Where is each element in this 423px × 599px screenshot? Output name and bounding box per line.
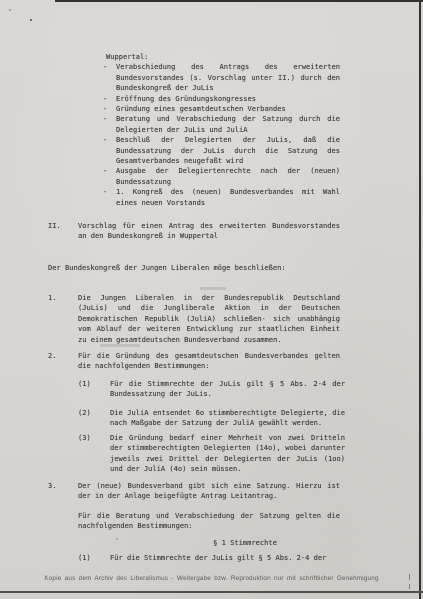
- numbered-item-2: 2. Für die Gründung des gesamtdeutschen …: [48, 351, 340, 372]
- scan-artifact: [409, 584, 410, 589]
- agenda-location: Wuppertal:: [106, 52, 340, 62]
- sub-item-1: (1) Für die Stimmrechte der JuLis gilt §…: [78, 379, 345, 400]
- agenda-item: - Eröffnung des Gründungskongresses: [103, 94, 340, 104]
- sub-item-text: Die JuliA entsendet 6o stimmberechtigte …: [110, 408, 345, 429]
- item-text: Für die Gründung des gesamtdeutschen Bun…: [78, 351, 340, 372]
- agenda-item-text: Beschluß der Delegierten der JuLis, daß …: [116, 135, 340, 166]
- agenda-item: - Beratung und Verabschiedung der Satzun…: [103, 114, 340, 135]
- scan-artifact: [30, 19, 32, 21]
- section-numeral: II.: [48, 221, 78, 231]
- agenda-item-text: 1. Kongreß des (neuen) Bundesverbandes m…: [116, 187, 340, 208]
- agenda-item-text: Gründung eines gesamtdeutschen Verbandes: [116, 104, 340, 114]
- bullet-dash: -: [103, 135, 107, 145]
- sub-item-3: (3) Die Gründung bedarf einer Mehrheit v…: [78, 433, 345, 475]
- scan-edge-top: [55, 0, 423, 2]
- sub-item-text: Die Gründung bedarf einer Mehrheit von z…: [110, 433, 345, 475]
- document-page: Wuppertal: - Verabschiedung des Antrags …: [0, 0, 423, 599]
- sub-item-text: Für die Stimmrechte der JuLis gilt § 5 A…: [110, 379, 345, 400]
- agenda-item: - 1. Kongreß des (neuen) Bundesverbandes…: [103, 187, 340, 208]
- item-text: Die Jungen Liberalen in der Bundesrepubl…: [78, 293, 340, 345]
- scan-edge-bottom: [0, 591, 423, 593]
- item-text: Der (neue) Bundesverband gibt sich eine …: [78, 481, 340, 502]
- item-number: 1.: [48, 293, 78, 303]
- bullet-dash: -: [103, 94, 107, 104]
- agenda-item-text: Eröffnung des Gründungskongresses: [116, 94, 340, 104]
- section-ii-heading: II. Vorschlag für einen Antrag des erwei…: [48, 221, 340, 242]
- agenda-block: Wuppertal: - Verabschiedung des Antrags …: [103, 52, 340, 208]
- scan-artifact-apostrophe: ': [115, 536, 119, 546]
- archive-footer: Kopie aus dem Archiv des Liberalismus - …: [0, 575, 423, 583]
- sub-item-number: (2): [78, 408, 108, 418]
- section-title: Vorschlag für einen Antrag des erweitert…: [78, 221, 340, 242]
- numbered-item-1: 1. Die Jungen Liberalen in der Bundesrep…: [48, 293, 340, 345]
- sub-item-2: (2) Die JuliA entsendet 6o stimmberechti…: [78, 408, 345, 429]
- agenda-item-text: Beratung und Verabschiedung der Satzung …: [116, 114, 340, 135]
- agenda-item: - Verabschiedung des Antrags des erweite…: [103, 62, 340, 93]
- bullet-dash: -: [103, 62, 107, 72]
- numbered-item-3-para-2: Für die Beratung und Verabschiedung der …: [78, 511, 340, 532]
- bullet-dash: -: [103, 187, 107, 197]
- truncated-sub-item: (1) Für die Stimmrechte der JuLis gilt §…: [78, 553, 345, 563]
- bullet-dash: -: [103, 104, 107, 114]
- paragraph-heading: § 1 Stimmrechte: [120, 538, 370, 548]
- sub-item-number: (1): [78, 553, 108, 563]
- bullet-dash: -: [103, 166, 107, 176]
- agenda-item: - Ausgabe der Delegiertenrechte nach der…: [103, 166, 340, 187]
- agenda-item-text: Ausgabe der Delegiertenrechte nach der (…: [116, 166, 340, 187]
- sub-item-number: (3): [78, 433, 108, 443]
- scan-artifact: [200, 287, 226, 290]
- bullet-dash: -: [103, 114, 107, 124]
- scan-edge-right: [419, 0, 421, 599]
- sub-item-number: (1): [78, 379, 108, 389]
- item-number: 2.: [48, 351, 78, 361]
- agenda-item: - Beschluß der Delegierten der JuLis, da…: [103, 135, 340, 166]
- sub-item-text: Für die Stimmrechte der JuLis gilt § 5 A…: [110, 553, 345, 563]
- numbered-item-3: 3. Der (neue) Bundesverband gibt sich ei…: [48, 481, 340, 502]
- resolution-intro: Der Bundeskongreß der Jungen Liberalen m…: [48, 263, 340, 273]
- agenda-item-text: Verabschiedung des Antrags des erweitert…: [116, 62, 340, 93]
- scan-artifact: [9, 9, 11, 11]
- item-number: 3.: [48, 481, 78, 491]
- agenda-item: - Gründung eines gesamtdeutschen Verband…: [103, 104, 340, 114]
